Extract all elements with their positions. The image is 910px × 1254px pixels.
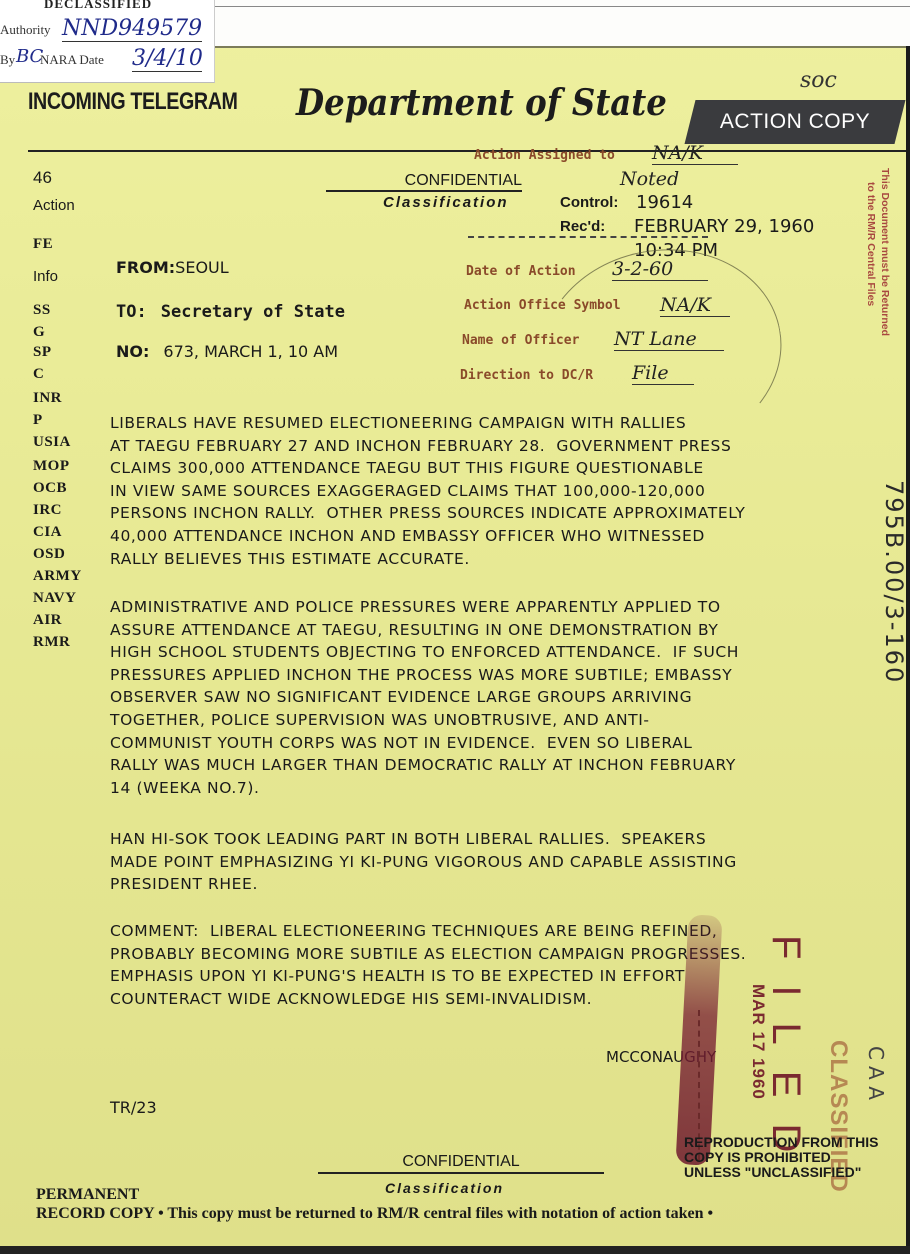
info-office: SS (33, 302, 51, 319)
reproduction-notice: REPRODUCTION FROM THIS COPY IS PROHIBITE… (684, 1135, 878, 1180)
received-label: Rec'd: (560, 218, 605, 235)
info-office: INR (33, 390, 62, 407)
handwritten-note: soc (800, 68, 837, 93)
action-copy-badge: ACTION COPY (685, 100, 906, 144)
record-copy-notice: RECORD COPY • This copy must be returned… (36, 1205, 713, 1223)
info-office: OCB (33, 480, 67, 497)
info-office: P (33, 412, 43, 429)
info-office: USIA (33, 434, 71, 451)
caa-mark: CAA (864, 1046, 888, 1106)
date-of-action-label: Date of Action (466, 264, 576, 279)
from-label: FROM: (116, 258, 175, 277)
from-field: FROM:SEOUL (116, 258, 229, 277)
info-office: MOP (33, 458, 70, 475)
control-value: 19614 (636, 192, 693, 213)
return-notice-line-2: to the RM/R Central Files (864, 168, 878, 336)
action-copy-label: ACTION COPY (690, 100, 900, 144)
classification-value-top: CONFIDENTIAL (326, 172, 522, 192)
declassified-header: DECLASSIFIED (44, 0, 152, 12)
classification-label-bottom: Classification (385, 1180, 504, 1196)
info-office: OSD (33, 546, 65, 563)
telegram-page: DECLASSIFIED Authority NND949579 By BC N… (0, 0, 910, 1254)
reproduction-line-2: COPY IS PROHIBITED (684, 1150, 878, 1165)
return-notice: This Document must be Returned to the RM… (864, 168, 892, 336)
control-label: Control: (560, 194, 618, 211)
body-paragraph-1: LIBERALS HAVE RESUMED ELECTIONEERING CAM… (110, 412, 745, 570)
reference-code: TR/23 (110, 1098, 157, 1117)
page-edge-bottom (0, 1246, 910, 1254)
to-value: Secretary of State (161, 302, 345, 322)
info-office: AIR (33, 612, 62, 629)
declassification-stamp: DECLASSIFIED Authority NND949579 By BC N… (0, 0, 215, 83)
header-divider (28, 150, 906, 152)
reproduction-line-1: REPRODUCTION FROM THIS (684, 1135, 878, 1150)
by-label: By (0, 52, 15, 68)
nara-date-label: NARA Date (40, 52, 104, 68)
filed-date-stamp: MAR 17 1960 (748, 984, 768, 1100)
authority-value: NND949579 (62, 16, 202, 42)
action-assigned-value: NA/K (652, 142, 738, 165)
return-notice-line-1: This Document must be Returned (878, 168, 892, 336)
number-field: NO:673, MARCH 1, 10 AM (116, 342, 338, 361)
classification-value-bottom: CONFIDENTIAL (318, 1152, 604, 1174)
info-office: NAVY (33, 590, 76, 607)
info-label: Info (33, 268, 58, 285)
permanent-label: PERMANENT (36, 1186, 139, 1204)
routing-number: 46 (33, 168, 52, 188)
body-comment: COMMENT: LIBERAL ELECTIONEERING TECHNIQU… (110, 920, 746, 1010)
action-taken-value: Noted (620, 168, 679, 190)
no-label: NO: (116, 342, 149, 361)
classification-label-top: Classification (383, 194, 509, 211)
no-value: 673, MARCH 1, 10 AM (163, 342, 338, 361)
to-label: TO: (116, 302, 147, 322)
to-field: TO:Secretary of State (116, 302, 345, 322)
info-office: CIA (33, 524, 62, 541)
authority-label: Authority (0, 22, 51, 38)
action-assigned-label: Action Assigned to (474, 148, 615, 163)
info-office: SP (33, 344, 52, 361)
info-office: G (33, 324, 45, 341)
body-paragraph-3: HAN HI-SOK TOOK LEADING PART IN BOTH LIB… (110, 828, 737, 896)
info-office: IRC (33, 502, 62, 519)
reproduction-line-3: UNLESS "UNCLASSIFIED" (684, 1165, 878, 1180)
info-office: RMR (33, 634, 70, 651)
from-value: SEOUL (175, 258, 228, 277)
received-date: FEBRUARY 29, 1960 (634, 216, 814, 237)
file-number: 795B.00/3-160 (880, 480, 908, 684)
dashed-divider (468, 236, 708, 238)
form-title: INCOMING TELEGRAM (28, 88, 238, 116)
info-office: ARMY (33, 568, 82, 585)
info-office: C (33, 366, 44, 383)
action-office: FE (33, 236, 53, 253)
declass-date-value: 3/4/10 (132, 46, 202, 72)
body-paragraph-2: ADMINISTRATIVE AND POLICE PRESSURES WERE… (110, 596, 739, 799)
department-title: Department of State (296, 82, 667, 124)
action-label: Action (33, 197, 75, 214)
